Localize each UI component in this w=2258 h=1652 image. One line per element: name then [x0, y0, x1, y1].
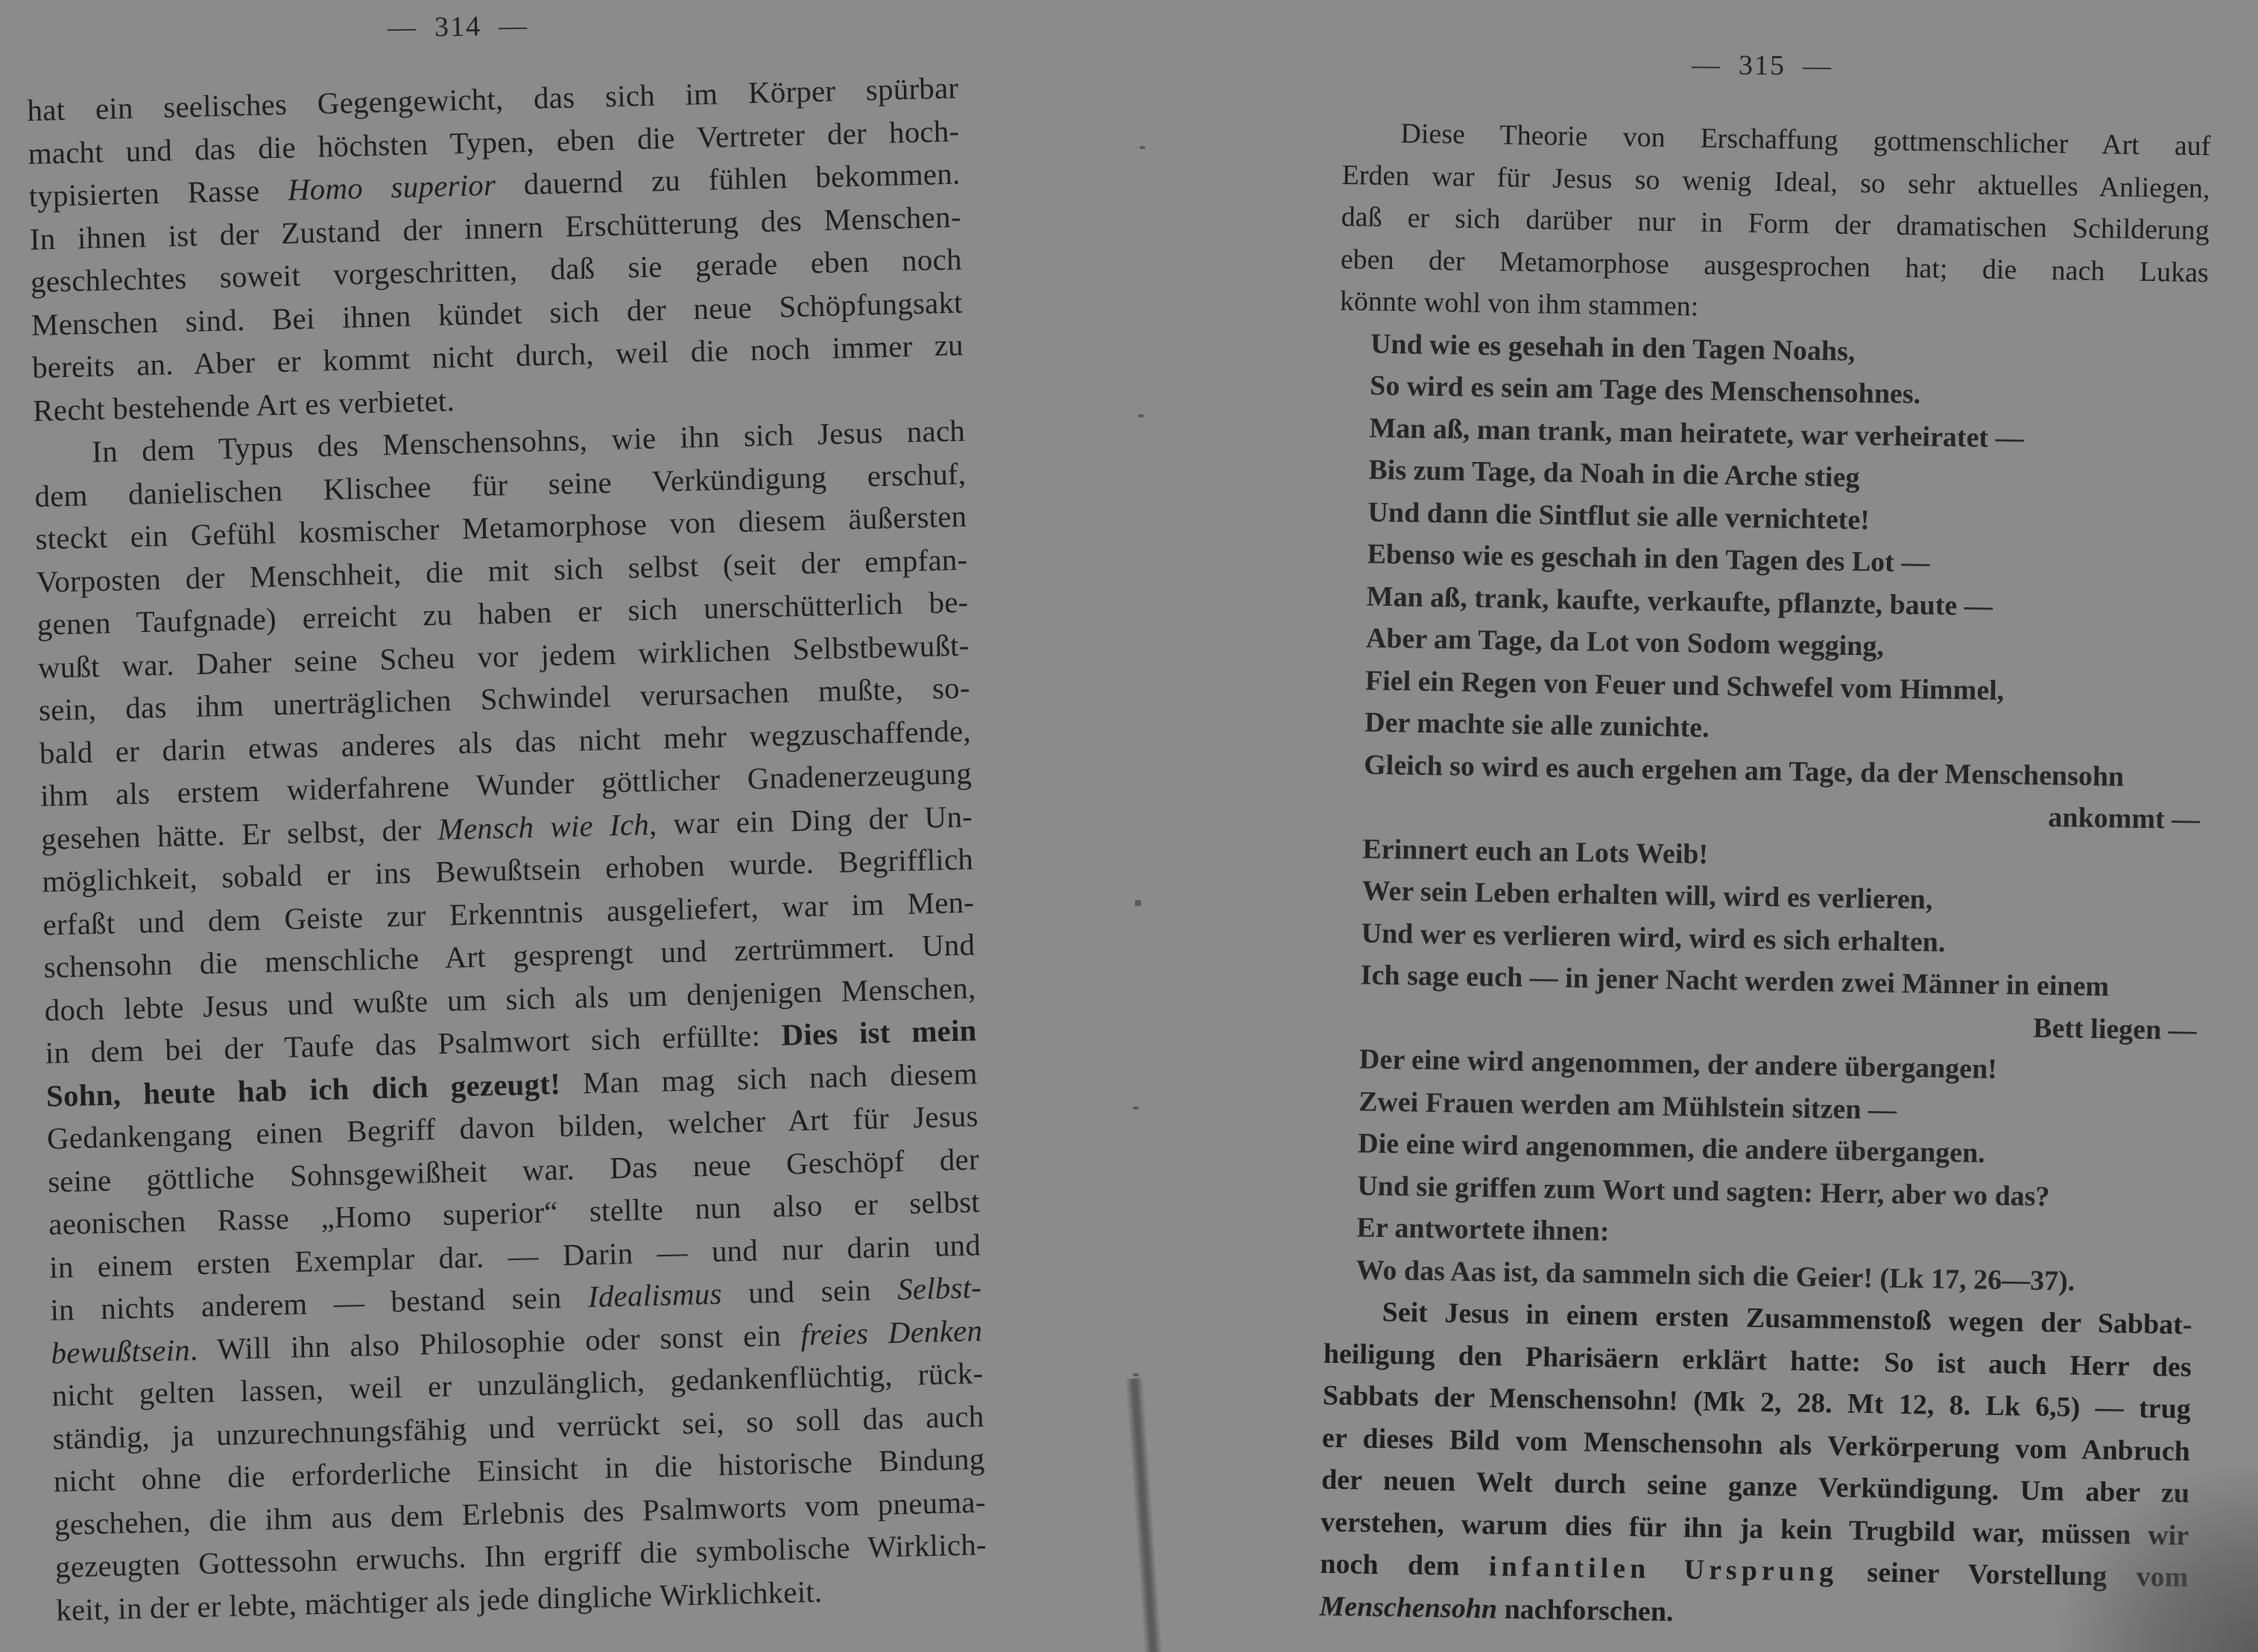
bold-text: Sabbats der Menschensohn! [1323, 1380, 1679, 1417]
gutter-mark [1138, 414, 1144, 417]
gutter-mark [1135, 900, 1141, 906]
italic-text: Menschensohn [1319, 1590, 1497, 1624]
page-number-315: — 315 — [1692, 48, 1832, 82]
left-page: — 314 — hat ein seelisches Gegengewicht,… [0, 0, 1118, 1652]
right-page: — 315 — Diese Theorie von Erschaffung go… [1148, 0, 2258, 1652]
bold-text: Sohn, heute hab ich dich gezeugt! [45, 1066, 560, 1113]
italic-text: Selbst- [897, 1270, 982, 1306]
italic-text: Homo superior [287, 168, 496, 207]
spaced-text: infantilen Ursprung [1489, 1551, 1838, 1587]
bold-text: Dies ist mein [781, 1013, 977, 1051]
scan-corner-shadow [2049, 1458, 2258, 1652]
italic-text: Idealismus [588, 1276, 722, 1314]
italic-text: Mensch wie Ich [437, 806, 649, 846]
left-page-body: hat ein seelisches Gegengewicht, das sic… [27, 66, 987, 1631]
gutter-mark [1133, 1107, 1139, 1110]
right-page-body: Diese Theorie von Erschaffung gottmensch… [1319, 112, 2211, 1641]
italic-text: bewußtsein [51, 1332, 190, 1370]
italic-text: freies Denken [800, 1313, 983, 1352]
gutter-mark [1133, 1373, 1139, 1376]
page-number-314: — 314 — [388, 10, 529, 45]
bold-text: So ist auch Herr des [1884, 1346, 2192, 1382]
gutter-mark [1139, 146, 1145, 149]
